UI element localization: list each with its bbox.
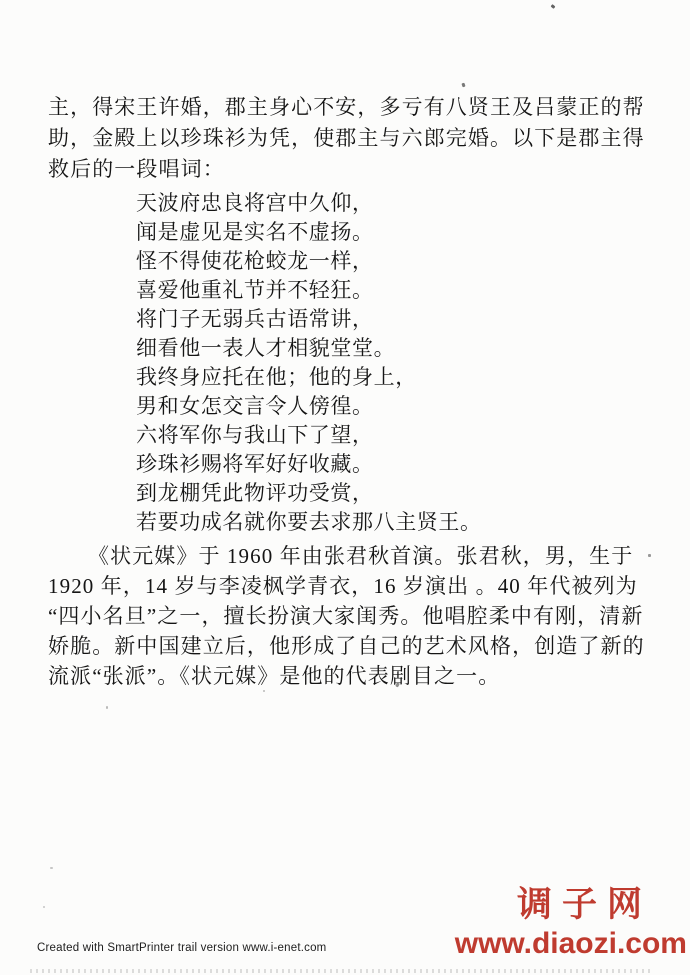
closing-line: 娇脆。新中国建立后，他形成了自己的艺术风格，创造了新的: [48, 631, 645, 661]
intro-line: 助，金殿上以珍珠衫为凭，使郡主与六郎完婚。以下是郡主得: [48, 123, 645, 154]
lyrics-block: 天波府忠良将宫中久仰， 闻是虚见是实名不虚扬。 怪不得使花枪蛟龙一样， 喜爱他重…: [136, 189, 482, 537]
closing-line: 流派“张派”。《状元媒》是他的代表剧目之一。: [48, 661, 645, 691]
closing-paragraph: 《状元媒》于 1960 年由张君秋首演。张君秋，男，生于 1920 年，14 岁…: [48, 541, 645, 691]
lyrics-line: 我终身应托在他；他的身上，: [136, 363, 482, 392]
lyrics-line: 怪不得使花枪蛟龙一样，: [136, 247, 482, 276]
scan-speck: [461, 83, 465, 88]
lyrics-line: 若要功成名就你要去求那八主贤王。: [136, 508, 482, 537]
scan-speck: [43, 906, 45, 908]
scan-speck: [106, 706, 108, 709]
watermark-site-name: 调子网: [517, 886, 652, 925]
intro-paragraph: 主，得宋王许婚，郡主身心不安，多亏有八贤王及吕蒙正的帮 助，金殿上以珍珠衫为凭，…: [48, 92, 645, 185]
scan-speck: [648, 554, 651, 557]
closing-line: “四小名旦”之一，擅长扮演大家闺秀。他唱腔柔中有刚，清新: [48, 601, 645, 631]
lyrics-line: 男和女怎交言令人傍徨。: [136, 392, 482, 421]
closing-line: 1920 年，14 岁与李凌枫学青衣，16 岁演出 。40 年代被列为: [48, 571, 645, 601]
watermark-site-url: www.diaozi.com: [455, 927, 687, 960]
closing-line: 《状元媒》于 1960 年由张君秋首演。张君秋，男，生于: [48, 541, 645, 571]
lyrics-line: 将门子无弱兵古语常讲，: [136, 305, 482, 334]
scanned-book-page: 主，得宋王许婚，郡主身心不安，多亏有八贤王及吕蒙正的帮 助，金殿上以珍珠衫为凭，…: [0, 0, 690, 975]
intro-line: 救后的一段唱词：: [48, 154, 645, 185]
lyrics-line: 到龙棚凭此物评功受赏，: [136, 479, 482, 508]
lyrics-line: 天波府忠良将宫中久仰，: [136, 189, 482, 218]
scan-noise-strip: [30, 969, 650, 973]
lyrics-line: 珍珠衫赐将军好好收藏。: [136, 450, 482, 479]
intro-line: 主，得宋王许婚，郡主身心不安，多亏有八贤王及吕蒙正的帮: [48, 92, 645, 123]
printer-credit-text: Created with SmartPrinter trail version …: [37, 942, 326, 954]
scan-speck: [50, 867, 53, 869]
lyrics-line: 细看他一表人才相貌堂堂。: [136, 334, 482, 363]
scan-speck: [263, 690, 265, 692]
lyrics-line: 闻是虚见是实名不虚扬。: [136, 218, 482, 247]
lyrics-line: 喜爱他重礼节并不轻狂。: [136, 276, 482, 305]
scan-speck: [551, 4, 556, 9]
lyrics-line: 六将军你与我山下了望，: [136, 421, 482, 450]
